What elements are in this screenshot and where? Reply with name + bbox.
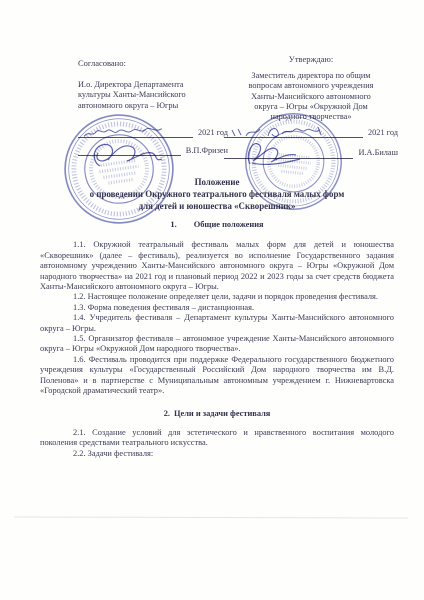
paragraph: 1.6. Фестиваль проводится при поддержке …: [40, 355, 394, 397]
section-1-paragraphs: 1.1. Окружной театральный фестиваль малы…: [40, 240, 394, 396]
signature-scribble: [84, 134, 170, 176]
section-heading-2: 2.Цели и задачи фестиваля: [40, 409, 394, 419]
section-title: Цели и задачи фестиваля: [174, 409, 270, 418]
document-page: Согласовано: И.о. Директора Департамента…: [0, 0, 424, 600]
paragraph: 1.1. Окружной театральный фестиваль малы…: [40, 240, 394, 292]
paragraph: 1.4. Учредитель фестиваля – Департамент …: [40, 313, 394, 334]
org-line: Ханты-Мансийского автономного: [224, 92, 398, 102]
scan-edge-artifact: [14, 516, 408, 518]
year-label: 2021 год: [368, 128, 398, 138]
signer-name: В.П.Фризен: [186, 146, 228, 156]
approved-label: Утверждаю:: [224, 54, 398, 64]
org-line: вопросам автономного учреждения: [224, 81, 398, 91]
org-line: культуры Ханты-Мансийского: [78, 90, 228, 100]
section-title: Общие положения: [194, 220, 264, 229]
org-line: И.о. Директора Департамента: [78, 80, 228, 90]
paragraph: 1.5. Организатор фестиваля – автономное …: [40, 334, 394, 355]
document-title-line2: о проведении Окружного театрального фест…: [40, 188, 394, 200]
paragraph: 2.2. Задачи фестиваля:: [40, 449, 394, 459]
section-2-paragraphs: 2.1. Создание условий для эстетического …: [40, 428, 394, 459]
paragraph: 2.1. Создание условий для эстетического …: [40, 428, 394, 449]
signer-name: И.А.Билаш: [358, 148, 398, 158]
document-title: Положение о проведении Окружного театрал…: [40, 176, 394, 212]
document-title-line1: Положение: [40, 176, 394, 188]
section-number: 2.: [164, 409, 170, 418]
document-body: Положение о проведении Окружного театрал…: [40, 176, 394, 459]
section-number: 1.: [170, 220, 176, 229]
paragraph: 1.2. Настоящее положение определяет цели…: [40, 292, 394, 302]
agreed-label: Согласовано:: [78, 58, 228, 68]
section-heading-1: 1.Общие положения: [40, 220, 394, 230]
signature-scribble: [238, 136, 320, 174]
org-line: Заместитель директора по общим: [224, 71, 398, 81]
paragraph: 1.3. Форма поведения фестиваля – дистанц…: [40, 303, 394, 313]
document-title-line3: для детей и юношества «Скворешник»: [40, 200, 394, 212]
